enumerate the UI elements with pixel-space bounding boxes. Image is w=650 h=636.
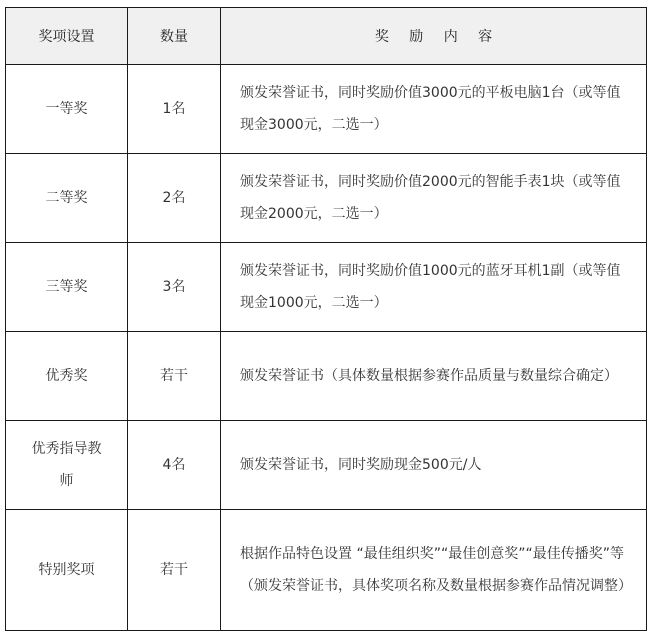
header-content: 奖 励 内 容 [221,8,647,65]
award-count: 若干 [128,510,221,631]
award-content: 颁发荣誉证书，同时奖励价值3000元的平板电脑1台（或等值现金3000元，二选一… [221,65,647,154]
award-count: 若干 [128,332,221,421]
award-content: 颁发荣誉证书，同时奖励现金500元/人 [221,421,647,510]
award-name: 一等奖 [30,93,104,125]
award-name: 优秀奖 [30,360,104,392]
award-name: 特别奖项 [30,554,104,586]
award-content: 根据作品特色设置 “最佳组织奖”“最佳创意奖”“最佳传播奖”等（颁发荣誉证书，具… [221,510,647,631]
award-name: 三等奖 [30,271,104,303]
table-row: 一等奖 1名 颁发荣誉证书，同时奖励价值3000元的平板电脑1台（或等值现金30… [6,65,647,154]
award-content: 颁发荣誉证书（具体数量根据参赛作品质量与数量综合确定） [221,332,647,421]
award-name: 优秀指导教师 [30,433,104,497]
table-row: 优秀指导教师 4名 颁发荣誉证书，同时奖励现金500元/人 [6,421,647,510]
table-row: 三等奖 3名 颁发荣誉证书，同时奖励价值1000元的蓝牙耳机1副（或等值现金10… [6,243,647,332]
award-count: 1名 [128,65,221,154]
award-name-cell: 二等奖 [6,154,128,243]
table-row: 特别奖项 若干 根据作品特色设置 “最佳组织奖”“最佳创意奖”“最佳传播奖”等（… [6,510,647,631]
awards-table: 奖项设置 数量 奖 励 内 容 一等奖 1名 颁发荣誉证书，同时奖励价值3000… [5,7,647,631]
header-award: 奖项设置 [6,8,128,65]
award-name-cell: 三等奖 [6,243,128,332]
header-content-label: 奖 励 内 容 [367,29,500,45]
award-count: 3名 [128,243,221,332]
header-count: 数量 [128,8,221,65]
table-row: 优秀奖 若干 颁发荣誉证书（具体数量根据参赛作品质量与数量综合确定） [6,332,647,421]
table-row: 二等奖 2名 颁发荣誉证书，同时奖励价值2000元的智能手表1块（或等值现金20… [6,154,647,243]
award-content: 颁发荣誉证书，同时奖励价值2000元的智能手表1块（或等值现金2000元，二选一… [221,154,647,243]
award-name-cell: 优秀指导教师 [6,421,128,510]
award-content: 颁发荣誉证书，同时奖励价值1000元的蓝牙耳机1副（或等值现金1000元，二选一… [221,243,647,332]
header-row: 奖项设置 数量 奖 励 内 容 [6,8,647,65]
award-name: 二等奖 [30,182,104,214]
award-count: 2名 [128,154,221,243]
award-name-cell: 特别奖项 [6,510,128,631]
award-count: 4名 [128,421,221,510]
award-name-cell: 一等奖 [6,65,128,154]
award-name-cell: 优秀奖 [6,332,128,421]
